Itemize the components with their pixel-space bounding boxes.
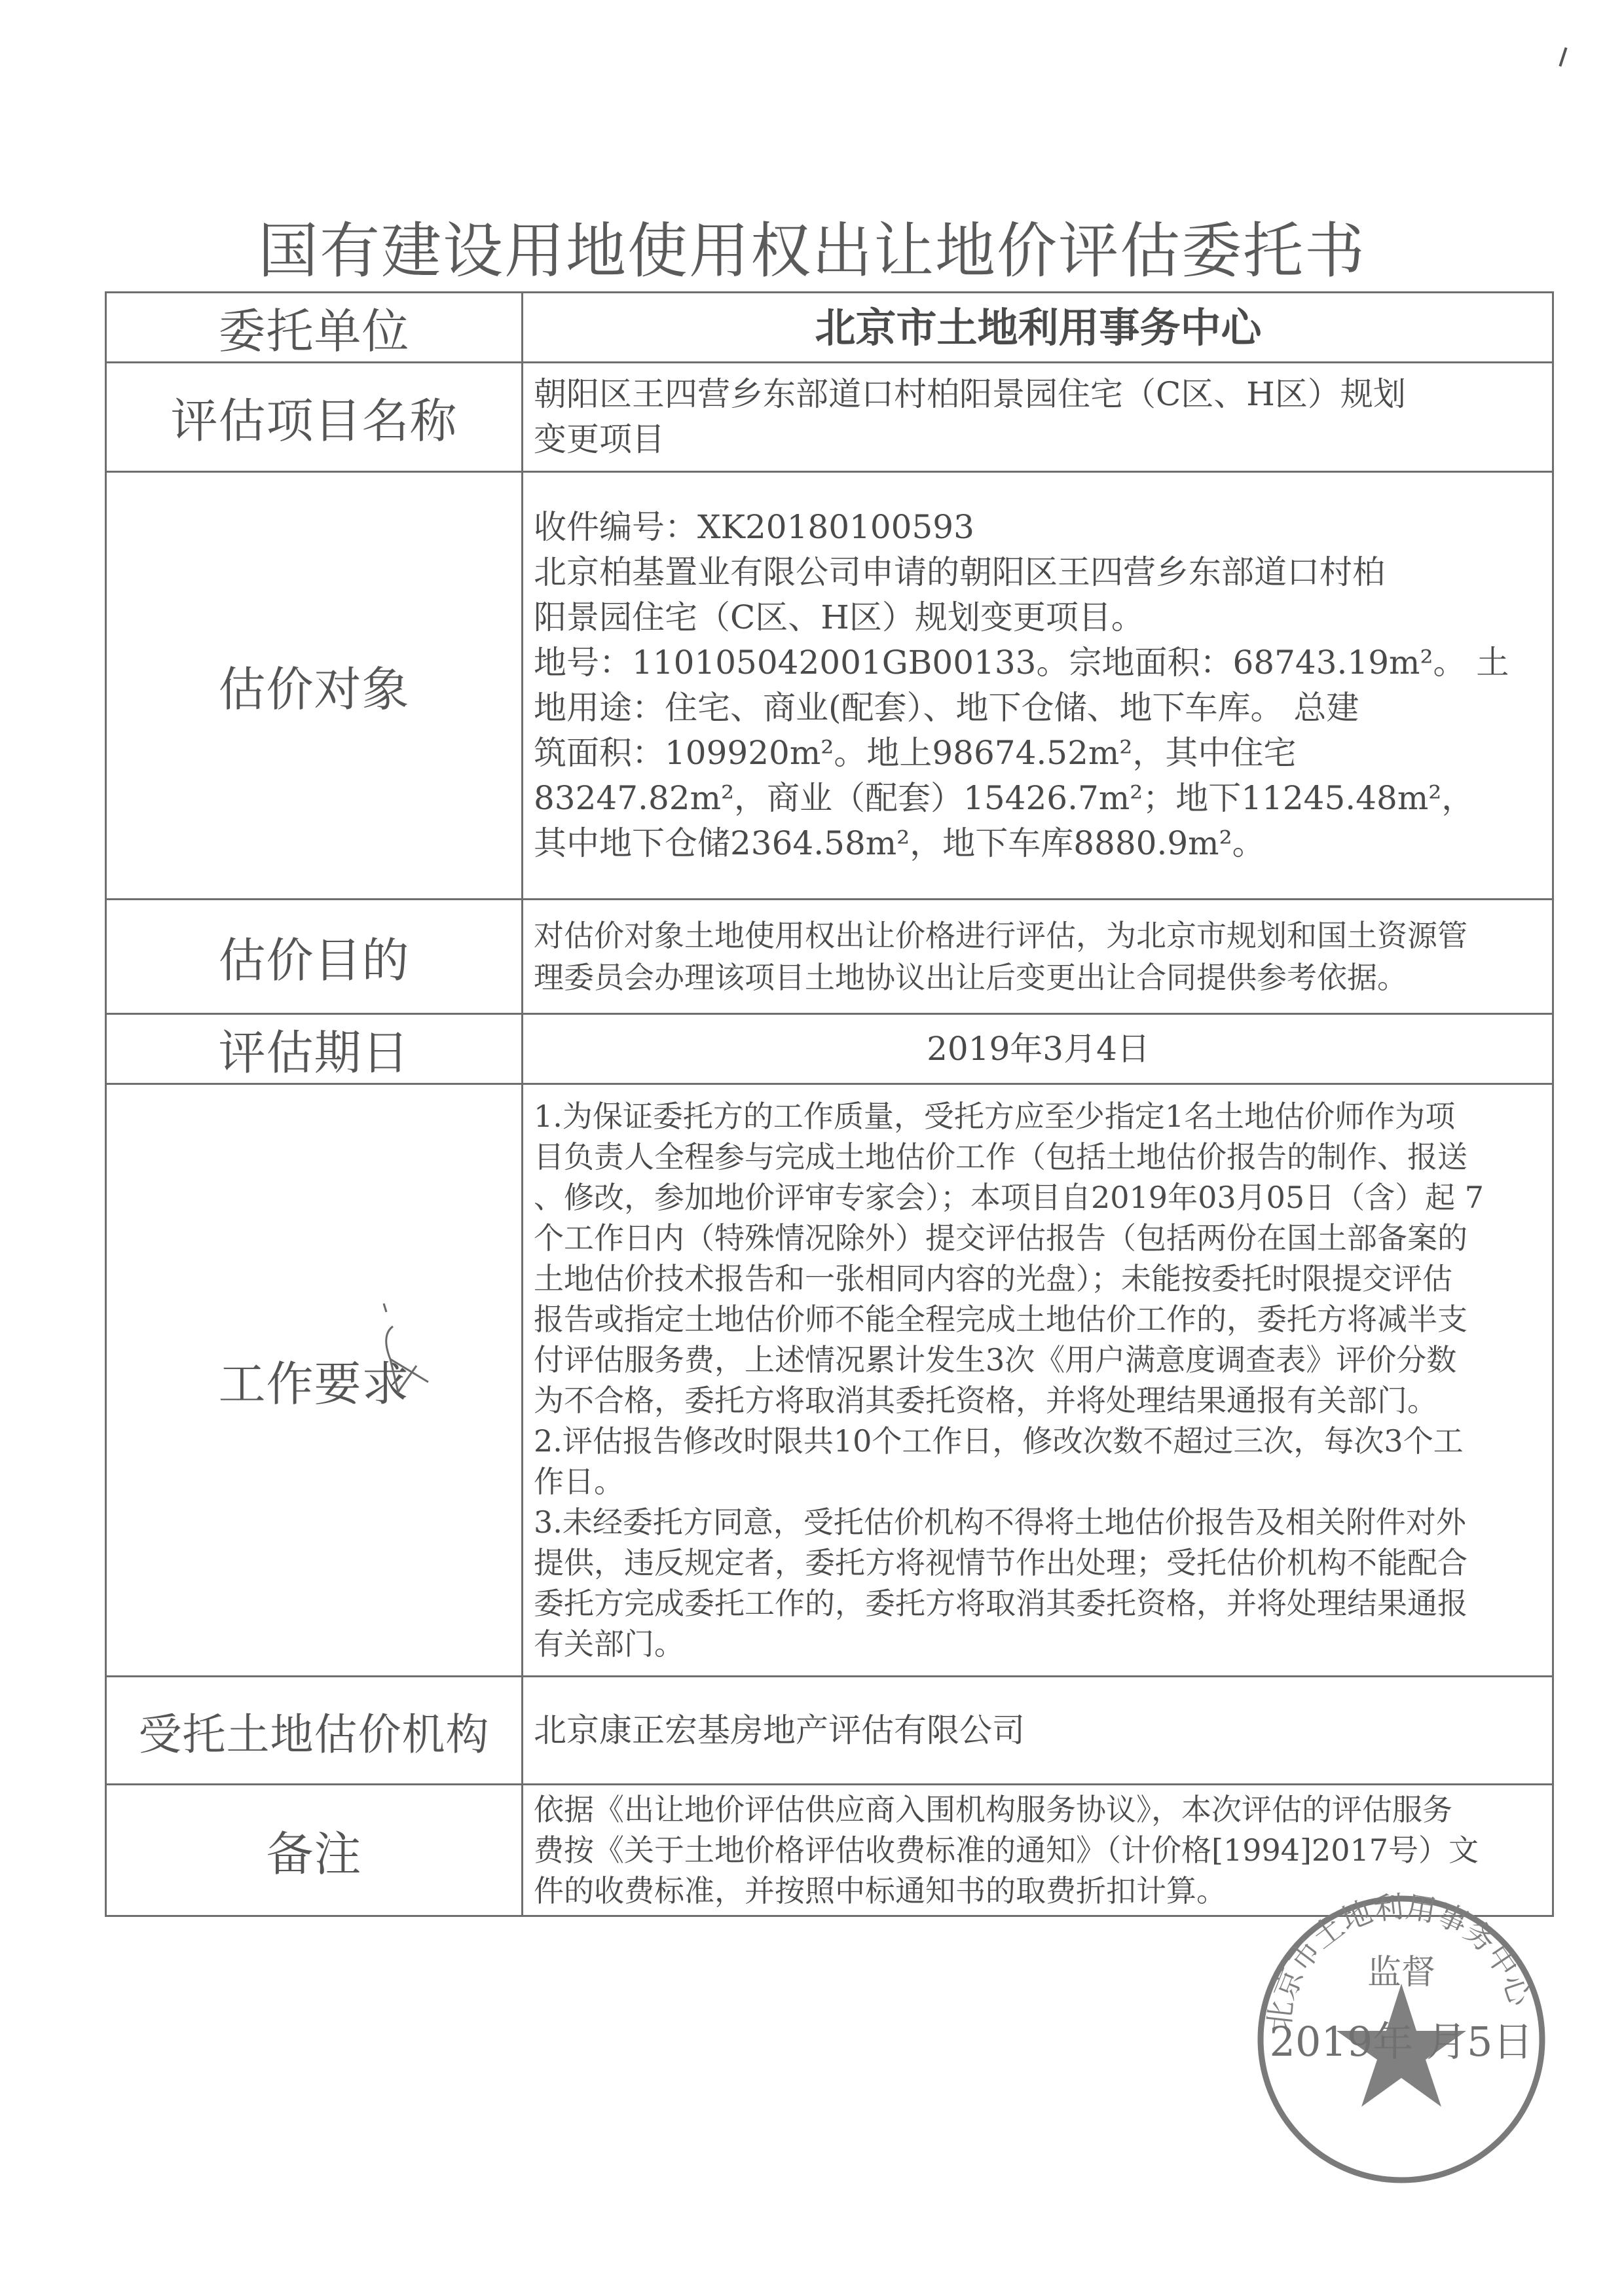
row-valuation-object: 估价对象 收件编号：XK20180100593 北京柏基置业有限公司申请的朝阳区… (106, 472, 1553, 900)
seal-overprint-text: 监督 (1367, 1953, 1435, 1992)
text-line: 朝阳区王四营乡东部道口村柏阳景园住宅（C区、H区）规划 (534, 372, 1543, 417)
row-valuation-date: 评估期日 2019年3月4日 (106, 1014, 1553, 1084)
row-project-name: 评估项目名称 朝阳区王四营乡东部道口村柏阳景园住宅（C区、H区）规划 变更项目 (106, 363, 1553, 472)
text-line: 提供，违反规定者，委托方将视情节作出处理；受托估价机构不能配合 (534, 1542, 1543, 1583)
text-line: 筑面积：109920m²。地上98674.52m²，其中住宅 (534, 731, 1543, 776)
value-valuation-object: 收件编号：XK20180100593 北京柏基置业有限公司申请的朝阳区王四营乡东… (523, 472, 1553, 900)
text-line: 作日。 (534, 1461, 1543, 1502)
text-line: 理委员会办理该项目土地协议出让后变更出让合同提供参考依据。 (534, 957, 1543, 998)
text-line: 个工作日内（特殊情况除外）提交评估报告（包括两份在国土部备案的 (534, 1218, 1543, 1258)
text-line: 收件编号：XK20180100593 (534, 505, 1543, 550)
text-line: 委托方完成委托工作的，委托方将取消其委托资格，并将处理结果通报 (534, 1583, 1543, 1624)
text-line: 阳景园住宅（C区、H区）规划变更项目。 (534, 595, 1543, 640)
text-line: 付评估服务费，上述情况累计发生3次《用户满意度调查表》评价分数 (534, 1339, 1543, 1380)
text-line: 变更项目 (534, 417, 1543, 462)
official-seal-stamp: 北京市土地利用事务中心 监督 2019年 月5日 (1247, 1886, 1555, 2193)
text-line: 为不合格，委托方将取消其委托资格，并将处理结果通报有关部门。 (534, 1380, 1543, 1421)
label-remarks: 备注 (106, 1785, 523, 1916)
row-requirements: 工作要求 1.为保证委托方的工作质量，受托方应至少指定1名土地估价师作为项 目负… (106, 1084, 1553, 1677)
value-requirements: 1.为保证委托方的工作质量，受托方应至少指定1名土地估价师作为项 目负责人全程参… (523, 1084, 1553, 1677)
commission-form-table: 委托单位 北京市土地利用事务中心 评估项目名称 朝阳区王四营乡东部道口村柏阳景园… (105, 291, 1554, 1917)
document-title: 国有建设用地使用权出让地价评估委托书 (0, 203, 1624, 289)
label-appraiser: 受托土地估价机构 (106, 1677, 523, 1785)
value-valuation-date: 2019年3月4日 (523, 1014, 1553, 1084)
label-valuation-object: 估价对象 (106, 472, 523, 900)
text-line: 地号：110105042001GB00133。宗地面积：68743.19m²。 … (534, 640, 1543, 685)
value-appraiser: 北京康正宏基房地产评估有限公司 (523, 1677, 1553, 1785)
text-line: 2.评估报告修改时限共10个工作日，修改次数不超过三次，每次3个工 (534, 1421, 1543, 1461)
pen-scribble-icon (371, 1300, 430, 1398)
text-line: 费按《关于土地价格评估收费标准的通知》（计价格[1994]2017号）文 (534, 1830, 1543, 1870)
text-line: 83247.82m²，商业（配套）15426.7m²；地下11245.48m²， (534, 776, 1543, 821)
text-line: 报告或指定土地估价师不能全程完成土地估价工作的，委托方将减半支 (534, 1299, 1543, 1339)
label-requirements: 工作要求 (106, 1084, 523, 1677)
text-line: 有关部门。 (534, 1624, 1543, 1664)
row-purpose: 估价目的 对估价对象土地使用权出让价格进行评估，为北京市规划和国土资源管 理委员… (106, 900, 1553, 1014)
text-line: 1.为保证委托方的工作质量，受托方应至少指定1名土地估价师作为项 (534, 1096, 1543, 1137)
row-appraiser: 受托土地估价机构 北京康正宏基房地产评估有限公司 (106, 1677, 1553, 1785)
value-project-name: 朝阳区王四营乡东部道口村柏阳景园住宅（C区、H区）规划 变更项目 (523, 363, 1553, 472)
value-client: 北京市土地利用事务中心 (523, 293, 1553, 363)
text-line: 北京柏基置业有限公司申请的朝阳区王四营乡东部道口村柏 (534, 550, 1543, 595)
value-purpose: 对估价对象土地使用权出让价格进行评估，为北京市规划和国土资源管 理委员会办理该项… (523, 900, 1553, 1014)
text-line: 对估价对象土地使用权出让价格进行评估，为北京市规划和国土资源管 (534, 915, 1543, 957)
requirements-label-wrap: 工作要求 (218, 1346, 409, 1414)
text-line: 其中地下仓储2364.58m²，地下车库8880.9m²。 (534, 821, 1543, 866)
text-line: 依据《出让地价评估供应商入围机构服务协议》，本次评估的评估服务 (534, 1789, 1543, 1830)
text-line: 地用途：住宅、商业(配套）、地下仓储、地下车库。 总建 (534, 685, 1543, 731)
text-line: 、修改，参加地价评审专家会）；本项目自2019年03月05日（含）起 7 (534, 1177, 1543, 1218)
label-client: 委托单位 (106, 293, 523, 363)
text-line: 目负责人全程参与完成土地估价工作（包括土地估价报告的制作、报送 (534, 1137, 1543, 1177)
text-line: 3.未经委托方同意，受托估价机构不得将土地估价报告及相关附件对外 (534, 1502, 1543, 1542)
corner-pen-mark (1559, 47, 1567, 67)
label-valuation-date: 评估期日 (106, 1014, 523, 1084)
seal-date-text: 2019年 月5日 (1270, 2018, 1534, 2066)
text-line: 土地估价技术报告和一张相同内容的光盘）；未能按委托时限提交评估 (534, 1258, 1543, 1299)
label-project-name: 评估项目名称 (106, 363, 523, 472)
row-client: 委托单位 北京市土地利用事务中心 (106, 293, 1553, 363)
label-purpose: 估价目的 (106, 900, 523, 1014)
